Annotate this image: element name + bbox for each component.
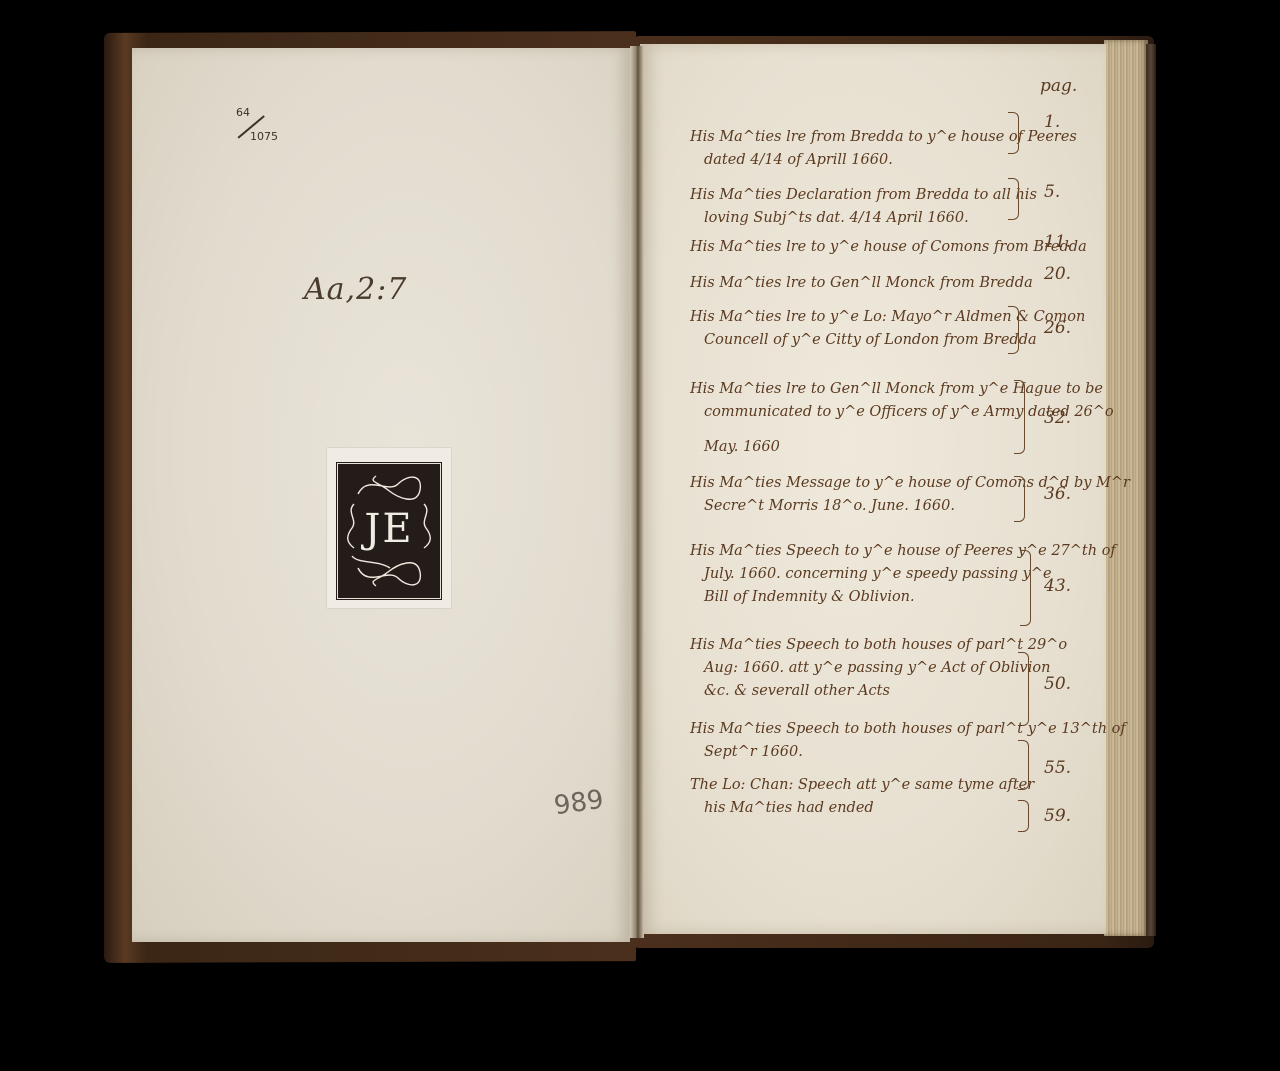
- bookplate-panel: JE: [337, 463, 441, 599]
- entry-line: &c. & severall other Acts: [690, 680, 1067, 703]
- bookplate-monogram: JE: [338, 506, 440, 552]
- entry-bracket: [1008, 112, 1019, 154]
- entry-line: His Ma^ties Speech to both houses of par…: [690, 718, 1126, 741]
- entry-bracket: [1020, 550, 1031, 626]
- page-reference: 50.: [1044, 674, 1071, 694]
- entry-line: His Ma^ties lre to Gen^ll Monck from y^e…: [690, 378, 1114, 401]
- entry-bracket: [1018, 800, 1029, 832]
- entry-line: His Ma^ties Declaration from Bredda to a…: [690, 184, 1037, 207]
- right-binding-edge: [1146, 44, 1156, 936]
- entry-line: dated 4/14 of Aprill 1660.: [690, 149, 1077, 172]
- entry-line: His Ma^ties lre to Gen^ll Monck from Bre…: [690, 272, 1033, 295]
- contents-entry: His Ma^ties Speech to y^e house of Peere…: [690, 540, 1116, 609]
- entry-bracket: [1014, 380, 1025, 454]
- page-reference: 55.: [1044, 758, 1071, 778]
- page-reference: 32.: [1044, 408, 1071, 428]
- entry-line: May. 1660: [690, 436, 1114, 459]
- fraction-numerator: 64: [236, 106, 250, 119]
- entry-line: his Ma^ties had ended: [690, 797, 1034, 820]
- contents-entry: The Lo: Chan: Speech att y^e same tyme a…: [690, 774, 1034, 820]
- entry-line: His Ma^ties Speech to y^e house of Peere…: [690, 540, 1116, 563]
- entry-line: Aug: 1660. att y^e passing y^e Act of Ob…: [690, 657, 1067, 680]
- entry-line: Councell of y^e Citty of London from Bre…: [690, 329, 1085, 352]
- contents-entry: His Ma^ties lre to y^e house of Comons f…: [690, 236, 1087, 259]
- contents-entry: His Ma^ties lre to y^e Lo: Mayo^r Aldmen…: [690, 306, 1085, 352]
- entry-line: His Ma^ties lre to y^e Lo: Mayo^r Aldmen…: [690, 306, 1085, 329]
- page-reference: 11.: [1044, 232, 1071, 252]
- entry-bracket: [1018, 652, 1029, 726]
- fraction-denominator: 1075: [250, 130, 278, 143]
- contents-entry: His Ma^ties lre to Gen^ll Monck from Bre…: [690, 272, 1033, 295]
- entry-line: His Ma^ties Speech to both houses of par…: [690, 634, 1067, 657]
- entry-bracket: [1008, 306, 1019, 354]
- contents-entry: His Ma^ties Speech to both houses of par…: [690, 634, 1067, 703]
- bookplate: JE: [327, 448, 451, 608]
- entry-line: The Lo: Chan: Speech att y^e same tyme a…: [690, 774, 1034, 797]
- entry-bracket: [1008, 178, 1019, 220]
- page-reference: 43.: [1044, 576, 1071, 596]
- page-reference: 59.: [1044, 806, 1071, 826]
- page-reference: 36.: [1044, 484, 1071, 504]
- book-gutter: [630, 46, 644, 938]
- entry-line: His Ma^ties lre to y^e house of Comons f…: [690, 236, 1087, 259]
- entry-bracket: [1014, 476, 1025, 522]
- contents-entry: His Ma^ties Declaration from Bredda to a…: [690, 184, 1037, 230]
- page-reference: 20.: [1044, 264, 1071, 284]
- open-manuscript-book: 64 1075 Aa,2:7 JE 989 pag. His Ma^ties l…: [0, 0, 1280, 1071]
- page-reference: 26.: [1044, 318, 1071, 338]
- shelf-fraction-note: 64 1075: [232, 108, 282, 158]
- page-column-header: pag.: [1040, 76, 1077, 96]
- shelfmark: Aa,2:7: [304, 272, 407, 307]
- page-reference: 1.: [1044, 112, 1060, 132]
- page-reference: 5.: [1044, 182, 1060, 202]
- entry-line: loving Subj^ts dat. 4/14 April 1660.: [690, 207, 1037, 230]
